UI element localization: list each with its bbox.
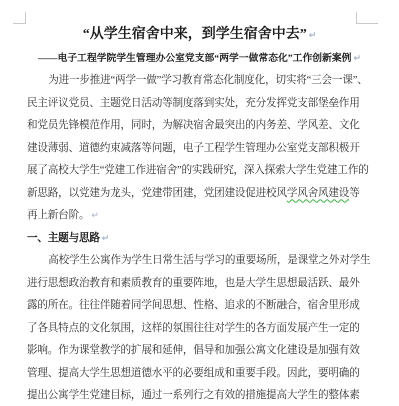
paragraph1-line3: 和党员先锋模范作用，同时，为解决宿舍最突出的内务差、学风差、文化 (27, 115, 373, 138)
document-subtitle-text: ——电子工程学院学生管理办公室党支部“两学一做常态化”工作创新案例 (38, 53, 352, 64)
paragraph2-line3: 露的所在。往往伴随着同学间思想、性格、追求的不断融合，宿舍里形成 (27, 295, 373, 318)
text-boundary-corner-topleft (13, 12, 26, 24)
paragraph1-line1: 为进一步推进“两学一做”学习教育常态化制度化，切实将“三会一课”、 (27, 70, 373, 93)
paragraph-mark: ↵ (91, 211, 98, 221)
paragraph2-line4: 了各具特点的文化氛围，这样的氛围往往对学生的各方面发展产生一定的 (27, 318, 373, 341)
document-subtitle: ——电子工程学院学生管理办公室党支部“两学一做常态化”工作创新案例↵ (27, 50, 372, 64)
paragraph1-line5: 展了高校大学生“党建工作进宿舍”的实践研究，深入探索大学生党建工作的 (27, 160, 373, 183)
paragraph1-line6-text: 新思路，以党建为龙头，党建带团建，党团建设促进校风 (27, 188, 287, 199)
paragraph-mark: ↵ (309, 31, 317, 41)
paragraph2-line2: 进行思想政治教育和素质教育的重要阵地，也是大学生思想最活跃、最外 (27, 273, 373, 296)
paragraph1-line7: 再上新台阶。↵ (27, 205, 373, 228)
paragraph-mark: ↵ (102, 234, 109, 244)
section-heading-text: 一、主题与思路 (27, 233, 100, 244)
paragraph2-line1: 高校学生公寓作为学生日常生活与学习的重要场所，是课堂之外对学生 (27, 250, 373, 273)
paragraph1-line2: 民主评议党员、主题党日活动等制度落到实处，充分发挥党支部堡垒作用 (27, 93, 373, 116)
spellcheck-flagged-text: 学风舍风建设 (287, 188, 349, 199)
word-document-page: “从学生宿舍中来，到学生宿舍中去”↵ ——电子工程学院学生管理办公室党支部“两学… (0, 0, 399, 406)
paragraph1-line7-text: 再上新台阶。 (27, 210, 89, 221)
paragraph2-line5: 影响。作为课堂教学的扩展和延伸，倡导和加强公寓文化建设是加强有效 (27, 340, 373, 363)
document-title-text: “从学生宿舍中来，到学生宿舍中去” (83, 27, 307, 42)
paragraph2-line7: 提出公寓学生党建目标，通过一系列行之有效的措施提高大学生的整体素 (27, 385, 373, 406)
document-title: “从学生宿舍中来，到学生宿舍中去”↵ (27, 23, 372, 43)
document-body: 为进一步推进“两学一做”学习教育常态化制度化，切实将“三会一课”、 民主评议党员… (27, 70, 373, 406)
section-heading: 一、主题与思路↵ (27, 228, 373, 251)
paragraph1-line4: 建设薄弱、道德约束减落等问题，电子工程学生管理办公室党支部积极开 (27, 138, 373, 161)
paragraph1-line6-tail: 等 (349, 188, 359, 199)
paragraph-mark: ↵ (353, 54, 361, 64)
paragraph1-line6: 新思路，以党建为龙头，党建带团建，党团建设促进校风学风舍风建设等 (27, 183, 373, 206)
paragraph2-line6: 管理、提高大学生思想道德水平的必要组成和重要手段。因此，要明确的 (27, 363, 373, 386)
